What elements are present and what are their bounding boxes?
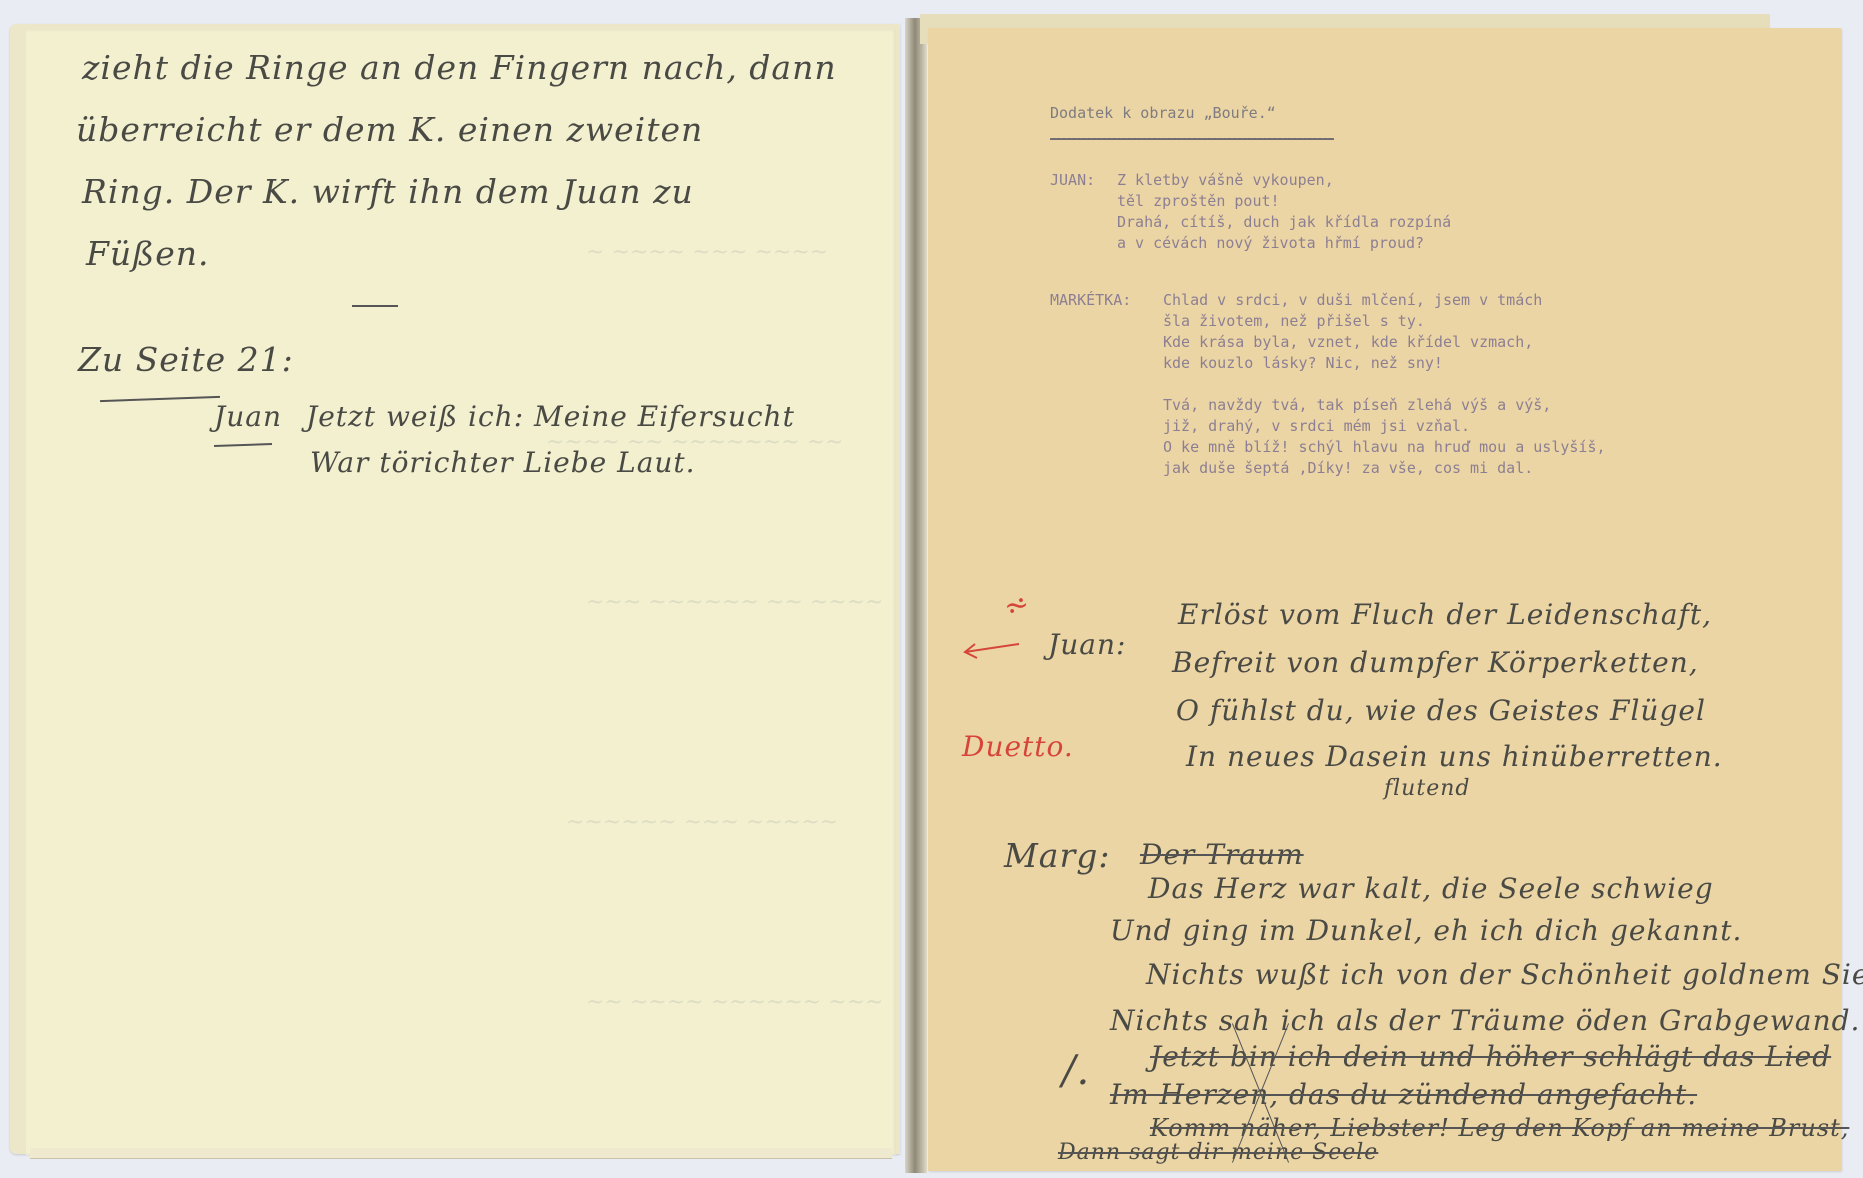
typed-speaker: MARKÉTKA: [1050, 290, 1131, 311]
typed-line: již, drahý, v srdci mém jsi vzňal. [1163, 416, 1470, 437]
show-through-text: ~~~ ~~~~~~ ~~ ~~~~ [586, 590, 883, 615]
speaker-name: Juan [214, 400, 282, 433]
handwritten-line: Das Herz war kalt, die Seele schwieg [1148, 872, 1714, 905]
interlinear-insert: flutend [1384, 776, 1470, 801]
typed-title: Dodatek k obrazu „Bouře.“ [1050, 103, 1276, 124]
typed-line: kde kouzlo lásky? Nic, než sny! [1163, 353, 1443, 374]
deletion-marker: /. [1062, 1048, 1090, 1094]
crossed-out-line: Komm näher, Liebster! Leg den Kopf an me… [1150, 1114, 1849, 1142]
typed-line: Drahá, cítíš, duch jak křídla rozpíná [1117, 212, 1451, 233]
left-page-bottom-edge [30, 1148, 892, 1159]
book-spine [905, 18, 927, 1173]
handwritten-line: In neues Dasein uns hinüberretten. [1186, 740, 1723, 773]
typed-line: Kde krása byla, vznet, kde křídel vzmach… [1163, 332, 1533, 353]
typed-line: O ke mně blíž! schýl hlavu na hruď mou a… [1163, 437, 1606, 458]
insertion-mark-icon: ⩫ [1004, 588, 1030, 623]
handwritten-line: zieht die Ringe an den Fingern nach, dan… [82, 48, 837, 87]
handwritten-line: Füßen. [86, 234, 209, 273]
typed-line: Z kletby vášně vykoupen, [1117, 170, 1334, 191]
handwritten-line: Nichts sah ich als der Träume öden Grabg… [1110, 1004, 1860, 1037]
typed-line: Tvá, navždy tvá, tak píseň zlehá výš a v… [1163, 395, 1551, 416]
show-through-text: ~~~~~~ ~~~ ~~~~~ [566, 810, 838, 835]
handwritten-line: Befreit von dumpfer Körperketten, [1172, 646, 1699, 679]
show-through-text: ~~ ~~~~ ~~~~~~ ~~~ [586, 990, 883, 1015]
speech-line: War törichter Liebe Laut. [310, 446, 696, 479]
handwritten-line: überreicht er dem K. einen zweiten [76, 110, 703, 149]
handwritten-line: O fühlst du, wie des Geistes Flügel [1176, 694, 1706, 727]
handwritten-line: Und ging im Dunkel, eh ich dich gekannt. [1110, 914, 1742, 947]
separator-dash [352, 305, 398, 307]
speech-line: Jetzt weiß ich: Meine Eifersucht [306, 400, 795, 433]
section-heading: Zu Seite 21: [78, 340, 294, 379]
crossed-out-line: Jetzt bin ich dein und höher schlägt das… [1150, 1040, 1831, 1073]
typed-line: těl zproštěn pout! [1117, 191, 1280, 212]
typed-line: jak duše šeptá ‚Díky! za vše, cos mi dal… [1163, 458, 1533, 479]
typed-line: šla životem, než přišel s ty. [1163, 311, 1425, 332]
title-underline [1050, 138, 1334, 140]
handwritten-line: Ring. Der K. wirft ihn dem Juan zu [82, 172, 694, 211]
typed-speaker: JUAN: [1050, 170, 1095, 191]
crossed-out-line: Im Herzen, das du zündend angefacht. [1110, 1078, 1697, 1111]
handwritten-line: Nichts wußt ich von der Schönheit goldne… [1146, 958, 1863, 991]
duetto-label: Duetto. [962, 730, 1074, 763]
speaker-name: Juan: [1048, 628, 1126, 661]
crossed-out-line: Dann sagt dir meine Seele [1058, 1140, 1378, 1165]
left-arrow-icon [961, 640, 1021, 660]
typed-line: a v cévách nový života hřmí proud? [1117, 233, 1424, 254]
struck-heading: Der Traum [1140, 838, 1304, 871]
typed-line: Chlad v srdci, v duši mlčení, jsem v tmá… [1163, 290, 1542, 311]
handwritten-line: Erlöst vom Fluch der Leidenschaft, [1178, 598, 1712, 631]
speaker-name: Marg: [1004, 836, 1110, 875]
show-through-text: ~ ~~~~ ~~~ ~~~~ [586, 240, 828, 265]
